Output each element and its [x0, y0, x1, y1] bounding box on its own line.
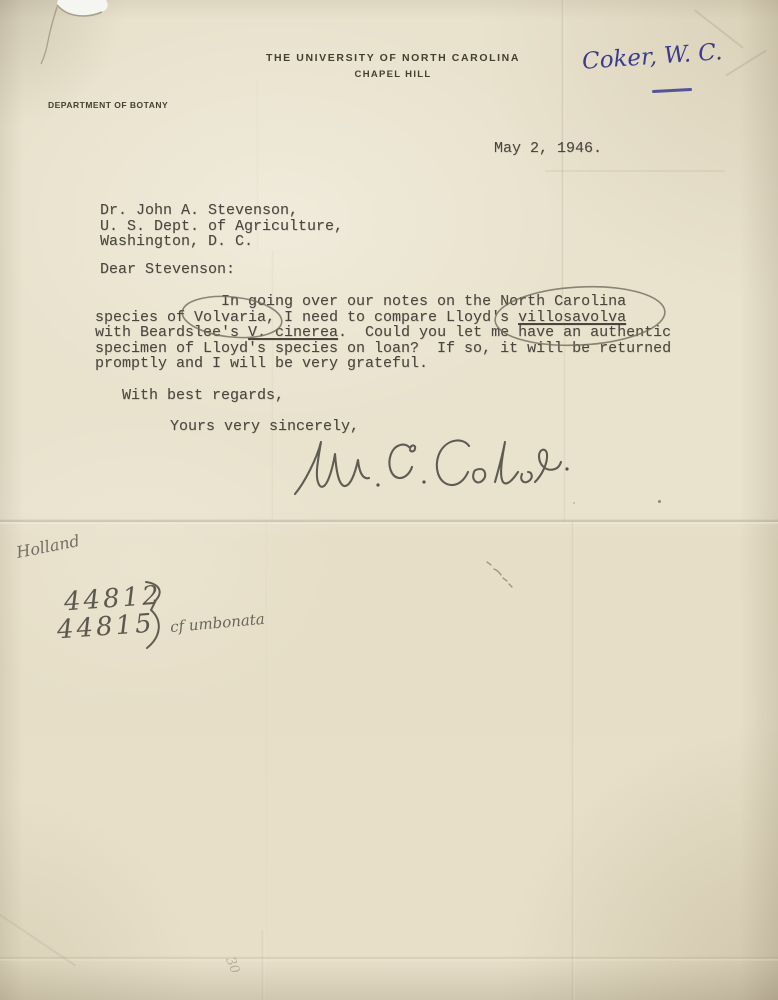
tear-crease-line — [41, 7, 57, 64]
letterhead-university: THE UNIVERSITY OF NORTH CAROLINA — [193, 52, 593, 64]
pencil-annotations-overlay — [80, 278, 700, 362]
signature-dot-2 — [422, 480, 425, 483]
paper-speck-2 — [573, 502, 575, 504]
body-line — [95, 372, 671, 388]
scanned-letter-page: THE UNIVERSITY OF NORTH CAROLINA CHAPEL … — [0, 0, 778, 1000]
handwritten-species-note: cf umbonata — [169, 610, 265, 636]
handwritten-holland-note: Holland — [15, 531, 81, 562]
signature-dot-1 — [376, 483, 379, 486]
signature-transcription: W. C. Coker. — [0, 0, 1, 1]
body-text-segment: With best regards, — [95, 387, 284, 404]
crinkle-line-top-right-2 — [725, 49, 767, 76]
fold-crease-horizontal-bottom — [0, 956, 778, 961]
pencil-circle-volvaria — [180, 292, 284, 342]
letter-date: May 2, 1946. — [494, 141, 602, 157]
signature-strokes — [295, 440, 561, 494]
torn-chip-shape — [57, 0, 108, 16]
recipient-line-3: Washington, D. C. — [100, 234, 343, 250]
recipient-line-2: U. S. Dept. of Agriculture, — [100, 219, 343, 235]
pencil-circle-villosavolva — [494, 283, 667, 350]
torn-paper-chip — [30, 0, 140, 75]
signature-dot-3 — [565, 467, 568, 470]
fold-crease-vertical-left-bottom — [261, 930, 265, 1000]
crinkle-line-right-mid — [545, 170, 725, 172]
scribble-strokes — [487, 562, 512, 587]
fold-crease-vertical-right-bottom — [571, 522, 575, 1000]
brace-stroke — [146, 582, 160, 648]
recipient-address: Dr. John A. Stevenson, U. S. Dept. of Ag… — [100, 203, 343, 250]
paper-speck-1 — [658, 500, 661, 503]
body-line: With best regards, — [95, 388, 671, 404]
handwritten-brace — [139, 579, 169, 651]
catalog-name-underline — [652, 88, 692, 93]
fold-crease-horizontal-middle — [0, 519, 778, 524]
signature-coker — [283, 432, 575, 502]
letterhead-location: CHAPEL HILL — [193, 69, 593, 80]
handwritten-catalog-name: Coker, W. C. — [581, 39, 723, 75]
recipient-line-1: Dr. John A. Stevenson, — [100, 203, 343, 219]
salutation: Dear Stevenson: — [100, 262, 235, 278]
fold-crease-vertical-left-lower — [265, 522, 269, 930]
stray-pencil-scribble — [479, 556, 519, 592]
letterhead-department: DEPARTMENT OF BOTANY — [48, 100, 168, 110]
